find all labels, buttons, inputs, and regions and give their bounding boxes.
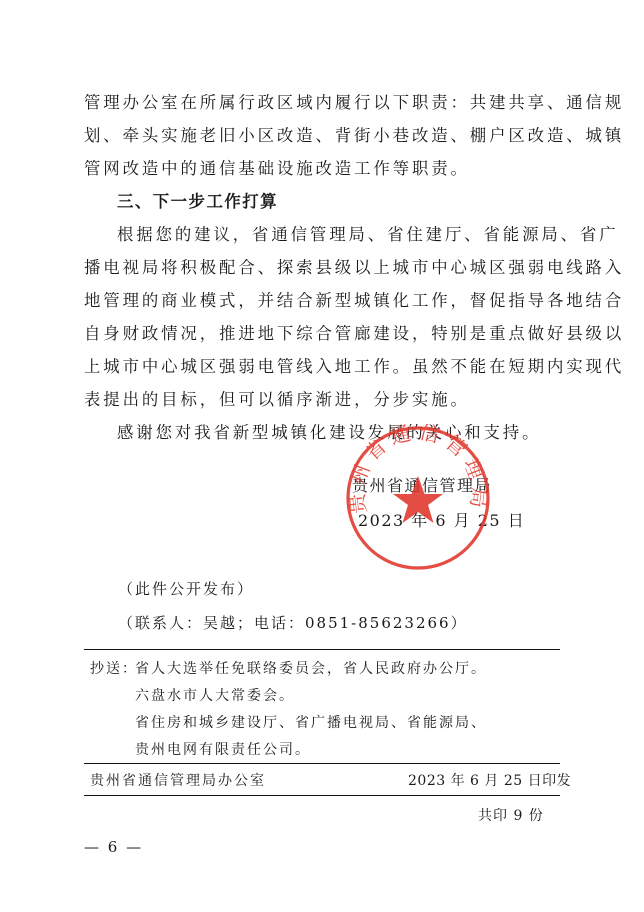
divider-bottom — [84, 795, 560, 796]
cc-line: 贵州电网有限责任公司。 — [135, 739, 311, 759]
body-line: 管网改造中的通信基础设施改造工作等职责。 — [84, 159, 560, 179]
document-page: 管理办公室在所属行政区域内履行以下职责：共建共享、通信规 划、牵头实施老旧小区改… — [0, 0, 644, 912]
body-line: 自身财政情况，推进地下综合管廊建设，特别是重点做好县级以 — [84, 324, 560, 344]
body-line: 根据您的建议，省通信管理局、省住建厅、省能源局、省广 — [117, 225, 593, 245]
body-line: 划、牵头实施老旧小区改造、背街小巷改造、棚户区改造、城镇 — [84, 126, 560, 146]
divider-top — [84, 649, 560, 650]
cc-line: 六盘水市人大常委会。 — [135, 685, 295, 705]
cc-label: 抄送： — [90, 658, 138, 678]
official-seal-icon: 贵州省通信管理局 — [344, 424, 492, 572]
signature-org: 贵州省通信管理局 — [352, 473, 492, 496]
body-line: 管理办公室在所属行政区域内履行以下职责：共建共享、通信规 — [84, 93, 560, 113]
section-heading: 三、下一步工作打算 — [117, 192, 593, 212]
body-line: 地管理的商业模式，并结合新型城镇化工作，督促指导各地结合 — [84, 291, 560, 311]
copies-count: 共印 9 份 — [478, 805, 544, 825]
issue-date: 2023 年 6 月 25 日印发 — [408, 770, 571, 790]
signature-date: 2023 年 6 月 25 日 — [358, 508, 525, 531]
public-release-note: （此件公开发布） — [118, 578, 254, 599]
cc-line: 省住房和城乡建设厅、省广播电视局、省能源局、 — [135, 712, 487, 732]
body-line: 播电视局将积极配合、探索县级以上城市中心城区强弱电线路入 — [84, 258, 560, 278]
closing-thanks: 感谢您对我省新型城镇化建设发展的关心和支持。 — [117, 423, 593, 443]
page-number: — 6 — — [84, 838, 143, 856]
body-line: 表提出的目标，但可以循序渐进，分步实施。 — [84, 390, 560, 410]
cc-line: 省人大选举任免联络委员会，省人民政府办公厅。 — [135, 658, 487, 678]
issuer-office: 贵州省通信管理局办公室 — [90, 770, 266, 790]
body-line: 上城市中心城区强弱电管线入地工作。虽然不能在短期内实现代 — [84, 357, 560, 377]
divider-middle — [84, 763, 560, 764]
contact-info: （联系人：吴越；电话：0851-85623266） — [118, 612, 468, 633]
